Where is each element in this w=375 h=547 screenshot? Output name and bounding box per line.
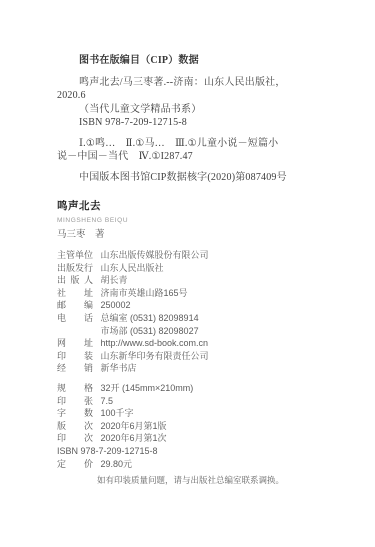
colophon-value: 山东新华印务有限责任公司: [101, 351, 209, 361]
colophon-row-format: 规格 32开 (145mm×210mm): [57, 382, 337, 395]
isbn-text: ISBN 978-7-209-12715-8: [57, 446, 158, 456]
colophon-label: 印装: [57, 350, 93, 363]
colophon-row-publisher: 出版发行 山东人民出版社: [57, 262, 337, 275]
colophon-row-printed-sheets: 印张 7.5: [57, 395, 337, 408]
colophon-label: 出版人: [57, 274, 93, 287]
colophon-value: 29.80元: [101, 459, 133, 469]
colophon-row-printer: 印装 山东新华印务有限责任公司: [57, 350, 337, 363]
colophon-value: 总编室 (0531) 82098914: [101, 313, 199, 323]
colophon-row-postcode: 邮编 250002: [57, 299, 337, 312]
colophon-row-isbn: ISBN 978-7-209-12715-8: [57, 445, 337, 458]
colophon-label: 字数: [57, 407, 93, 420]
colophon-row-phone-marketing: 市场部 (0531) 82098027: [57, 325, 337, 338]
colophon-value: 新华书店: [101, 363, 137, 373]
book-author: 马三枣 著: [57, 229, 317, 241]
colophon-label: 网址: [57, 337, 93, 350]
colophon-value: 胡长青: [101, 275, 128, 285]
colophon-value: 32开 (145mm×210mm): [101, 383, 194, 393]
colophon-row-distributor: 经销 新华书店: [57, 362, 337, 375]
colophon-row-address: 社址 济南市英雄山路165号: [57, 287, 337, 300]
colophon-label: 邮编: [57, 299, 93, 312]
book-title-pinyin: MINGSHENG BEIQU: [57, 216, 317, 225]
colophon-block: 主管单位 山东出版传媒股份有限公司 出版发行 山东人民出版社 出版人 胡长青 社…: [57, 249, 337, 487]
colophon-label: 版次: [57, 420, 93, 433]
colophon-value: http://www.sd-book.com.cn: [101, 338, 209, 348]
colophon-label: 出版发行: [57, 262, 93, 275]
cip-entry-line-2: 2020.6: [57, 89, 325, 103]
cip-classification-line-2: 说－中国－当代 Ⅳ.①I287.47: [57, 150, 325, 164]
spec-group: 规格 32开 (145mm×210mm) 印张 7.5 字数 100千字 版次 …: [57, 382, 337, 487]
quality-note: 如有印装质量问题，请与出版社总编室联系调换。: [57, 474, 337, 487]
cip-isbn-line: ISBN 978-7-209-12715-8: [57, 116, 325, 130]
cip-heading: 图书在版编目（CIP）数据: [57, 54, 325, 68]
cip-block: 图书在版编目（CIP）数据 鸣声北去/马三枣著.--济南：山东人民出版社， 20…: [57, 54, 325, 184]
colophon-value: 2020年6月第1次: [101, 433, 167, 443]
colophon-value: 市场部 (0531) 82098027: [101, 326, 199, 336]
colophon-label: 定价: [57, 458, 93, 471]
book-title: 鸣声北去: [57, 200, 317, 213]
colophon-label: 主管单位: [57, 249, 93, 262]
colophon-row-word-count: 字数 100千字: [57, 407, 337, 420]
colophon-row-impression: 印次 2020年6月第1次: [57, 432, 337, 445]
colophon-row-phone-editorial: 电话 总编室 (0531) 82098914: [57, 312, 337, 325]
colophon-value: 2020年6月第1版: [101, 421, 167, 431]
cip-classification-line-1: Ⅰ.①鸣… Ⅱ.①马… Ⅲ.①儿童小说－短篇小: [57, 137, 325, 151]
colophon-label: 印张: [57, 395, 93, 408]
title-block: 鸣声北去 MINGSHENG BEIQU 马三枣 著: [57, 200, 317, 241]
colophon-value: 山东出版传媒股份有限公司: [101, 250, 209, 260]
cip-series-line: （当代儿童文学精品书系）: [57, 103, 325, 117]
colophon-value: 250002: [101, 300, 131, 310]
colophon-label: 电话: [57, 312, 93, 325]
colophon-value: 100千字: [101, 408, 134, 418]
colophon-row-supervisor: 主管单位 山东出版传媒股份有限公司: [57, 249, 337, 262]
colophon-label: 规格: [57, 382, 93, 395]
colophon-value: 山东人民出版社: [101, 263, 164, 273]
colophon-label: 经销: [57, 362, 93, 375]
colophon-row-website: 网址 http://www.sd-book.com.cn: [57, 337, 337, 350]
colophon-row-publisher-person: 出版人 胡长青: [57, 274, 337, 287]
cip-record-number-line: 中国版本图书馆CIP数据核字(2020)第087409号: [57, 171, 325, 185]
colophon-label: 社址: [57, 287, 93, 300]
colophon-row-price: 定价 29.80元: [57, 458, 337, 471]
cip-entry-line-1: 鸣声北去/马三枣著.--济南：山东人民出版社，: [57, 76, 325, 90]
colophon-row-edition: 版次 2020年6月第1版: [57, 420, 337, 433]
colophon-label: 印次: [57, 432, 93, 445]
copyright-page: 图书在版编目（CIP）数据 鸣声北去/马三枣著.--济南：山东人民出版社， 20…: [0, 0, 375, 547]
colophon-value: 济南市英雄山路165号: [101, 288, 188, 298]
colophon-value: 7.5: [101, 396, 114, 406]
